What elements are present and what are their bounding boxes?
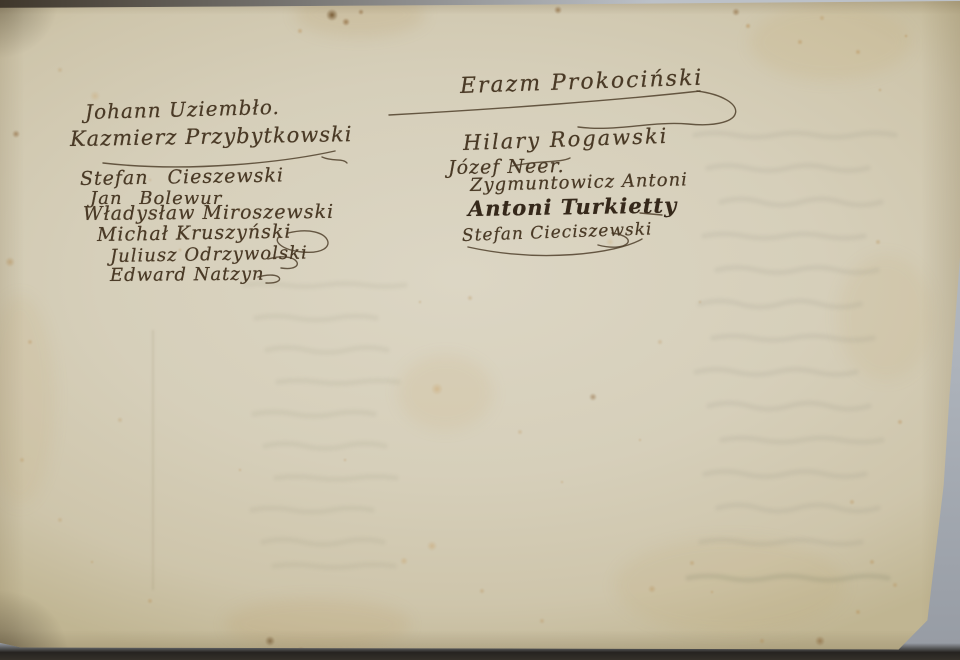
- age-stain: [838, 255, 933, 380]
- foxing-spot: [698, 300, 702, 304]
- document-page: Johann Uziembło. Kazmierz Przybytkowski …: [0, 0, 960, 660]
- paper-crease: [152, 330, 154, 590]
- age-stain: [225, 598, 410, 650]
- foxing-spot: [589, 393, 597, 401]
- foxing-spot: [517, 429, 523, 435]
- foxing-spot: [638, 438, 642, 442]
- foxing-spot: [554, 6, 562, 14]
- signature-stefan-cieszewski: Stefan Cieszewski: [80, 164, 284, 190]
- foxing-spot: [19, 457, 25, 463]
- foxing-spot: [326, 9, 338, 21]
- age-stain: [750, 5, 910, 80]
- foxing-spot: [427, 541, 437, 551]
- foxing-spot: [855, 49, 861, 55]
- foxing-spot: [27, 339, 33, 345]
- foxing-spot: [815, 636, 825, 646]
- foxing-spot: [358, 9, 364, 15]
- foxing-spot: [819, 15, 825, 21]
- foxing-spot: [539, 618, 545, 624]
- foxing-spot: [849, 499, 855, 505]
- foxing-spot: [904, 34, 908, 38]
- foxing-spot: [892, 582, 898, 588]
- foxing-spot: [855, 609, 861, 615]
- foxing-spot: [467, 295, 473, 301]
- foxing-spot: [117, 417, 123, 423]
- photographed-document: Johann Uziembło. Kazmierz Przybytkowski …: [0, 0, 960, 660]
- foxing-spot: [560, 480, 564, 484]
- foxing-spot: [400, 557, 408, 565]
- foxing-spot: [689, 560, 695, 566]
- signature-edward-natzyn: Edward Natzyn: [110, 264, 265, 286]
- foxing-spot: [869, 559, 875, 565]
- signature-johann-uziemblo: Johann Uziembło.: [85, 95, 280, 124]
- foxing-spot: [57, 517, 63, 523]
- foxing-spot: [648, 585, 656, 593]
- foxing-spot: [297, 28, 303, 34]
- foxing-spot: [342, 18, 350, 26]
- foxing-spot: [238, 468, 242, 472]
- foxing-spot: [57, 67, 63, 73]
- foxing-spot: [12, 130, 20, 138]
- foxing-spot: [797, 39, 803, 45]
- foxing-spot: [657, 339, 663, 345]
- foxing-spot: [875, 239, 881, 245]
- foxing-spot: [343, 458, 347, 462]
- foxing-spot: [745, 23, 751, 29]
- age-stain: [615, 538, 845, 633]
- foxing-spot: [759, 638, 765, 644]
- signature-antoni-turkietty: Antoni Turkietty: [468, 192, 678, 221]
- foxing-spot: [265, 636, 275, 646]
- signature-erazm-prokocinski: Erazm Prokociński: [460, 66, 704, 99]
- foxing-spot: [418, 300, 422, 304]
- age-stain: [398, 355, 493, 430]
- signature-stefan-cieciszewski: Stefan Cieciszewski: [462, 219, 653, 246]
- signature-kazmierz-przybytkowski: Kazmierz Przybytkowski: [70, 122, 353, 151]
- signature-hilary-rogawski: Hilary Rogawski: [463, 124, 669, 155]
- age-stain: [0, 295, 55, 505]
- foxing-spot: [5, 257, 15, 267]
- foxing-spot: [732, 8, 740, 16]
- foxing-spot: [710, 590, 714, 594]
- foxing-spot: [147, 598, 153, 604]
- foxing-spot: [431, 383, 443, 395]
- foxing-spot: [479, 588, 485, 594]
- foxing-spot: [878, 88, 882, 92]
- signature-michal-kruszynski: Michał Kruszyński: [97, 221, 292, 246]
- foxing-spot: [90, 560, 94, 564]
- foxing-spot: [897, 419, 903, 425]
